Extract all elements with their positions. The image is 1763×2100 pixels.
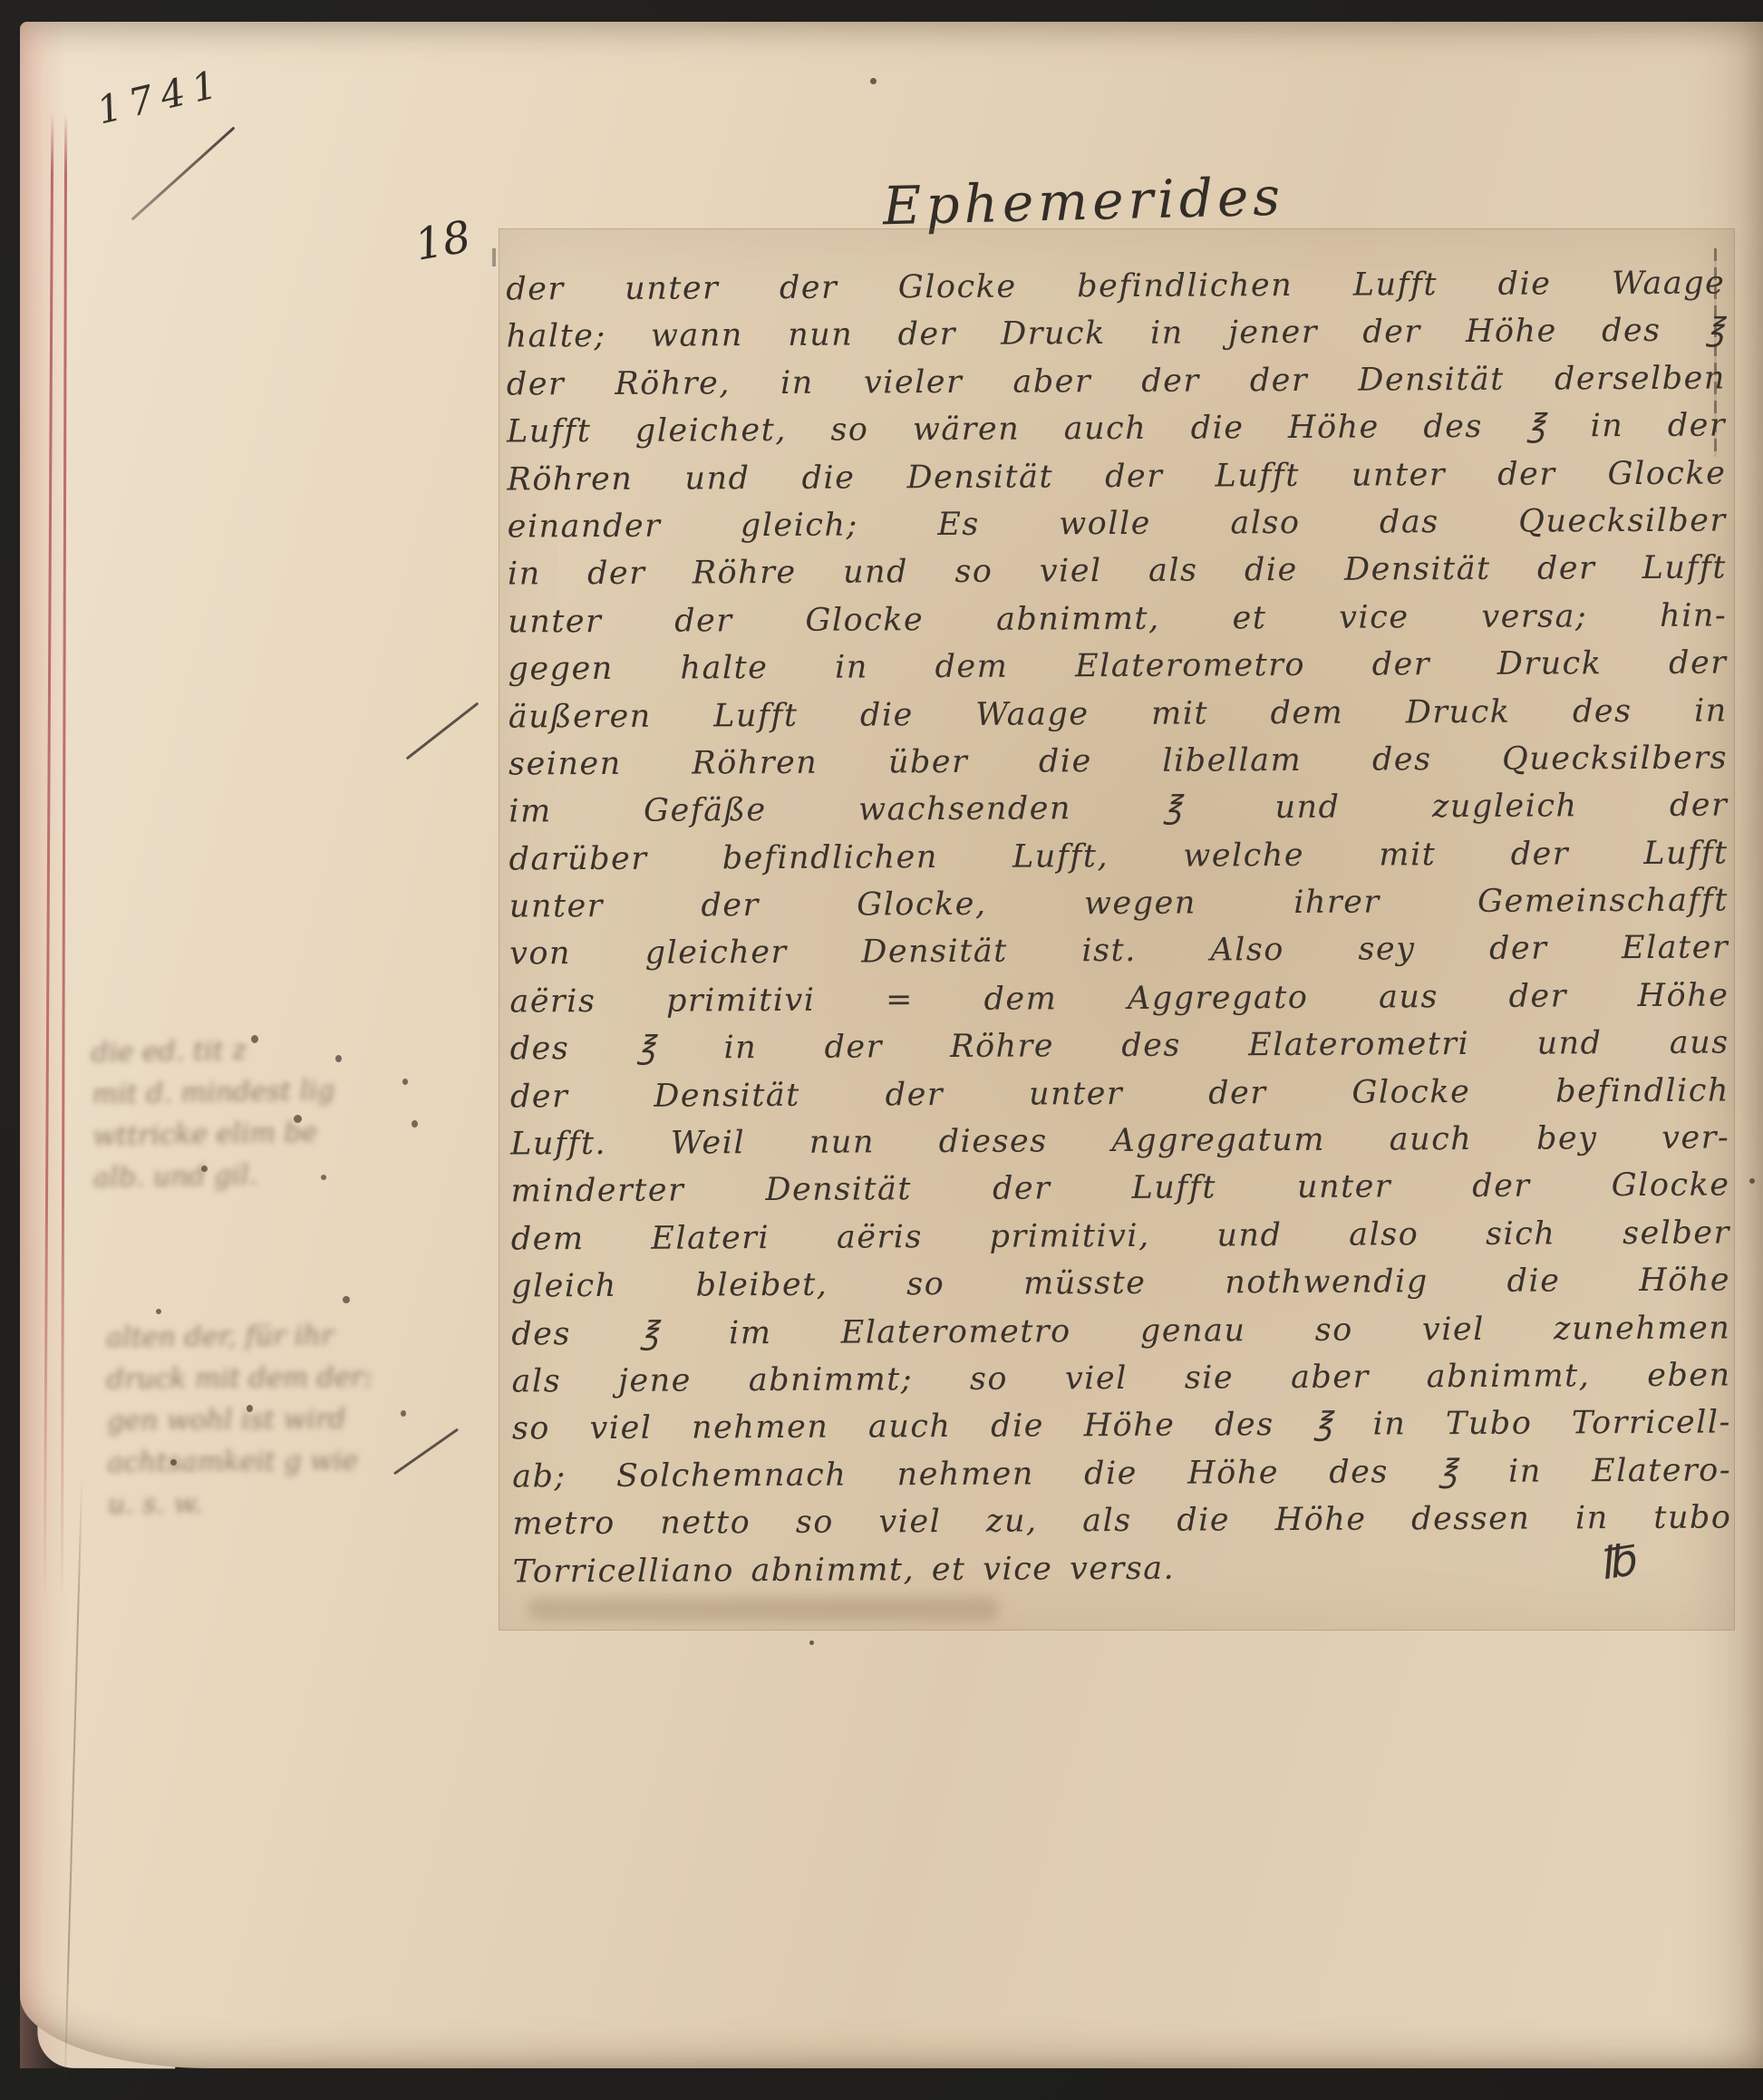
manuscript-line: Röhren und die Densität der Lufft unter … (507, 450, 1726, 503)
bleed-ink-dot (335, 1055, 342, 1062)
bleed-line: druck mit dem der: (106, 1356, 450, 1400)
manuscript-line: der unter der Glocke befindlichen Lufft … (506, 259, 1725, 313)
manuscript-line: Lufft. Weil nun dieses Aggregatum auch b… (510, 1115, 1729, 1168)
year-annotation: 1741 (92, 61, 228, 133)
manuscript-line: darüber befindlichen Lufft, welche mit d… (509, 829, 1728, 883)
bleed-ink-dot (247, 1405, 253, 1412)
bleed-ink-dot (251, 1035, 258, 1043)
bleed-through-lower-block: alten der, für ihrdruck mit dem der:gen … (106, 1314, 452, 1525)
manuscript-line: metro netto so viel zu, als die Höhe des… (512, 1495, 1731, 1548)
red-edge-tint (20, 22, 67, 2068)
manuscript-line: so viel nehmen auch die Höhe des ℥ in Tu… (512, 1399, 1731, 1453)
bleed-line: die ed. tit z (91, 1027, 445, 1075)
bleed-line: u. s. w. (108, 1481, 452, 1525)
manuscript-line: minderter Densität der Lufft unter der G… (510, 1162, 1729, 1215)
manuscript-line: der Röhre, in vieler aber der der Densit… (507, 354, 1726, 408)
bleed-line: mit d. mindest lig (92, 1069, 446, 1117)
manuscript-line: Torricelliano abnimmt, et vice versa. (513, 1542, 1732, 1595)
bleed-line: gen wohl ist wird (107, 1398, 451, 1442)
bleed-line: achtsamkeit g wie (107, 1439, 451, 1484)
bleed-line: wttricke elim be (92, 1110, 447, 1158)
manuscript-line: in der Röhre und so viel als die Densitä… (508, 545, 1727, 598)
bleed-ink-dot (294, 1115, 302, 1123)
bleed-ink-dot (343, 1296, 350, 1303)
bleed-line: alb. und gil. (93, 1152, 448, 1200)
manuscript-line: Lufft gleichet, so wären auch die Höhe d… (507, 402, 1726, 456)
manuscript-line: der Densität der unter der Glocke befind… (510, 1067, 1729, 1120)
page-header-title: Ephemerides (882, 166, 1284, 237)
page-number: 18 (412, 211, 475, 271)
manuscript-line: einander gleich; Es wolle also das Queck… (508, 497, 1727, 550)
bleed-line: alten der, für ihr (106, 1314, 450, 1359)
scanned-book-page: 1741 18 Ephemerides der unter der Glocke… (0, 0, 1763, 2100)
bleed-ink-dot (412, 1120, 418, 1127)
pencil-slash-stroke (131, 127, 236, 221)
manuscript-line: ab; Solchemnach nehmen die Höhe des ℥ in… (512, 1447, 1731, 1500)
manuscript-line: aëris primitivi = dem Aggregato aus der … (509, 972, 1729, 1025)
manuscript-line: als jene abnimmt; so viel sie aber abnim… (511, 1351, 1730, 1405)
bleed-ink-dot (170, 1459, 177, 1466)
manuscript-line: im Gefäße wachsenden ℥ und zugleich der (509, 782, 1728, 836)
manuscript-line: des ℥ in der Röhre des Elaterometri und … (510, 1020, 1729, 1073)
manuscript-line: von gleicher Densität ist. Also sey der … (509, 924, 1729, 978)
manuscript-line: äußeren Lufft die Waage mit dem Druck de… (509, 687, 1728, 740)
bleed-ink-dot (321, 1175, 326, 1180)
ink-dot (1749, 1178, 1755, 1184)
bleed-through-upper-block: die ed. tit zmit d. mindest ligwttricke … (91, 1027, 447, 1200)
manuscript-line: halte; wann nun der Druck in jener der H… (506, 307, 1725, 361)
manuscript-line: gegen halte in dem Elaterometro der Druc… (508, 640, 1727, 693)
manuscript-line: des ℥ im Elaterometro genau so viel zune… (511, 1304, 1730, 1358)
margin-slash-mark-upper (406, 702, 479, 760)
manuscript-line: unter der Glocke abnimmt, et vice versa;… (508, 592, 1727, 645)
bleed-ink-dot (201, 1166, 208, 1172)
bleed-ink-dot (401, 1410, 406, 1417)
margin-tick-mark (492, 248, 496, 266)
manuscript-line: gleich bleibet, so müsste nothwendig die… (511, 1257, 1730, 1311)
ink-smudge (528, 1597, 999, 1621)
ink-dot (809, 1640, 814, 1645)
manuscript-body: der unter der Glocke befindlichen Lufft … (506, 259, 1732, 1595)
manuscript-line: dem Elateri aëris primitivi, und also si… (511, 1209, 1730, 1263)
manuscript-line: seinen Röhren über die libellam des Quec… (509, 734, 1728, 788)
bleed-ink-dot (156, 1309, 161, 1314)
bleed-ink-dot (402, 1079, 408, 1085)
ink-dot (870, 78, 877, 84)
manuscript-page: 1741 18 Ephemerides der unter der Glocke… (20, 22, 1763, 2068)
manuscript-line: unter der Glocke, wegen ihrer Gemeinscha… (509, 877, 1729, 931)
